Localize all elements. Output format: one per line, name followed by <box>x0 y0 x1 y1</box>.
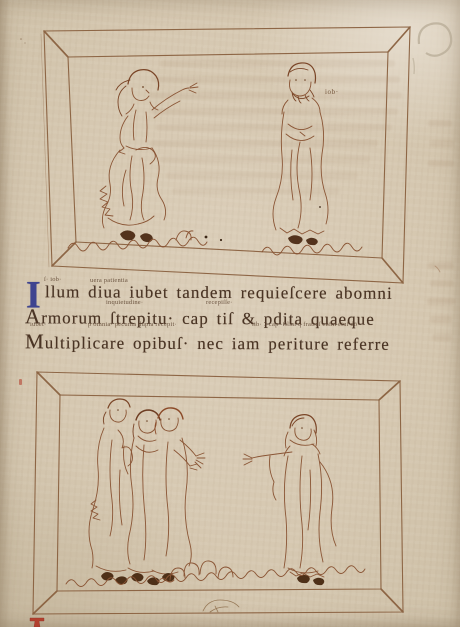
top-miniature-frame <box>41 27 410 283</box>
verse-line-3-text: ultiplicare opibuſ· nec iam periture ref… <box>45 333 390 354</box>
figure-caption-iob: iob· <box>325 88 339 96</box>
margin-doodle <box>203 600 239 612</box>
interlinear-gloss: lib· 7 cap· filiaſ q̄ fratreſ enim eiuſ … <box>252 321 360 328</box>
interlinear-gloss: recepiſſe· <box>206 299 233 306</box>
ink-specks <box>20 38 440 272</box>
god-figure <box>100 70 198 243</box>
interlinear-gloss: inquietudine· <box>106 299 143 306</box>
verse-line-3: Multiplicare opibuſ· nec iam periture re… <box>25 331 390 355</box>
job-figure-top <box>273 63 328 245</box>
interlinear-gloss: iubet· <box>30 321 46 328</box>
visitors-group-figures <box>89 399 205 585</box>
red-speck <box>19 379 22 385</box>
top-ground-line <box>68 231 362 255</box>
page-curl-mark <box>413 23 451 74</box>
interlinear-gloss: p omnia· pecunia dupla recepit· <box>88 321 177 328</box>
verse-line-3-capital: M <box>25 329 45 353</box>
red-initial-fragment <box>19 379 44 627</box>
job-figure-bottom <box>243 415 336 586</box>
manuscript-page: iob· I ſ· iob· uera patientia llum diua … <box>0 0 460 627</box>
